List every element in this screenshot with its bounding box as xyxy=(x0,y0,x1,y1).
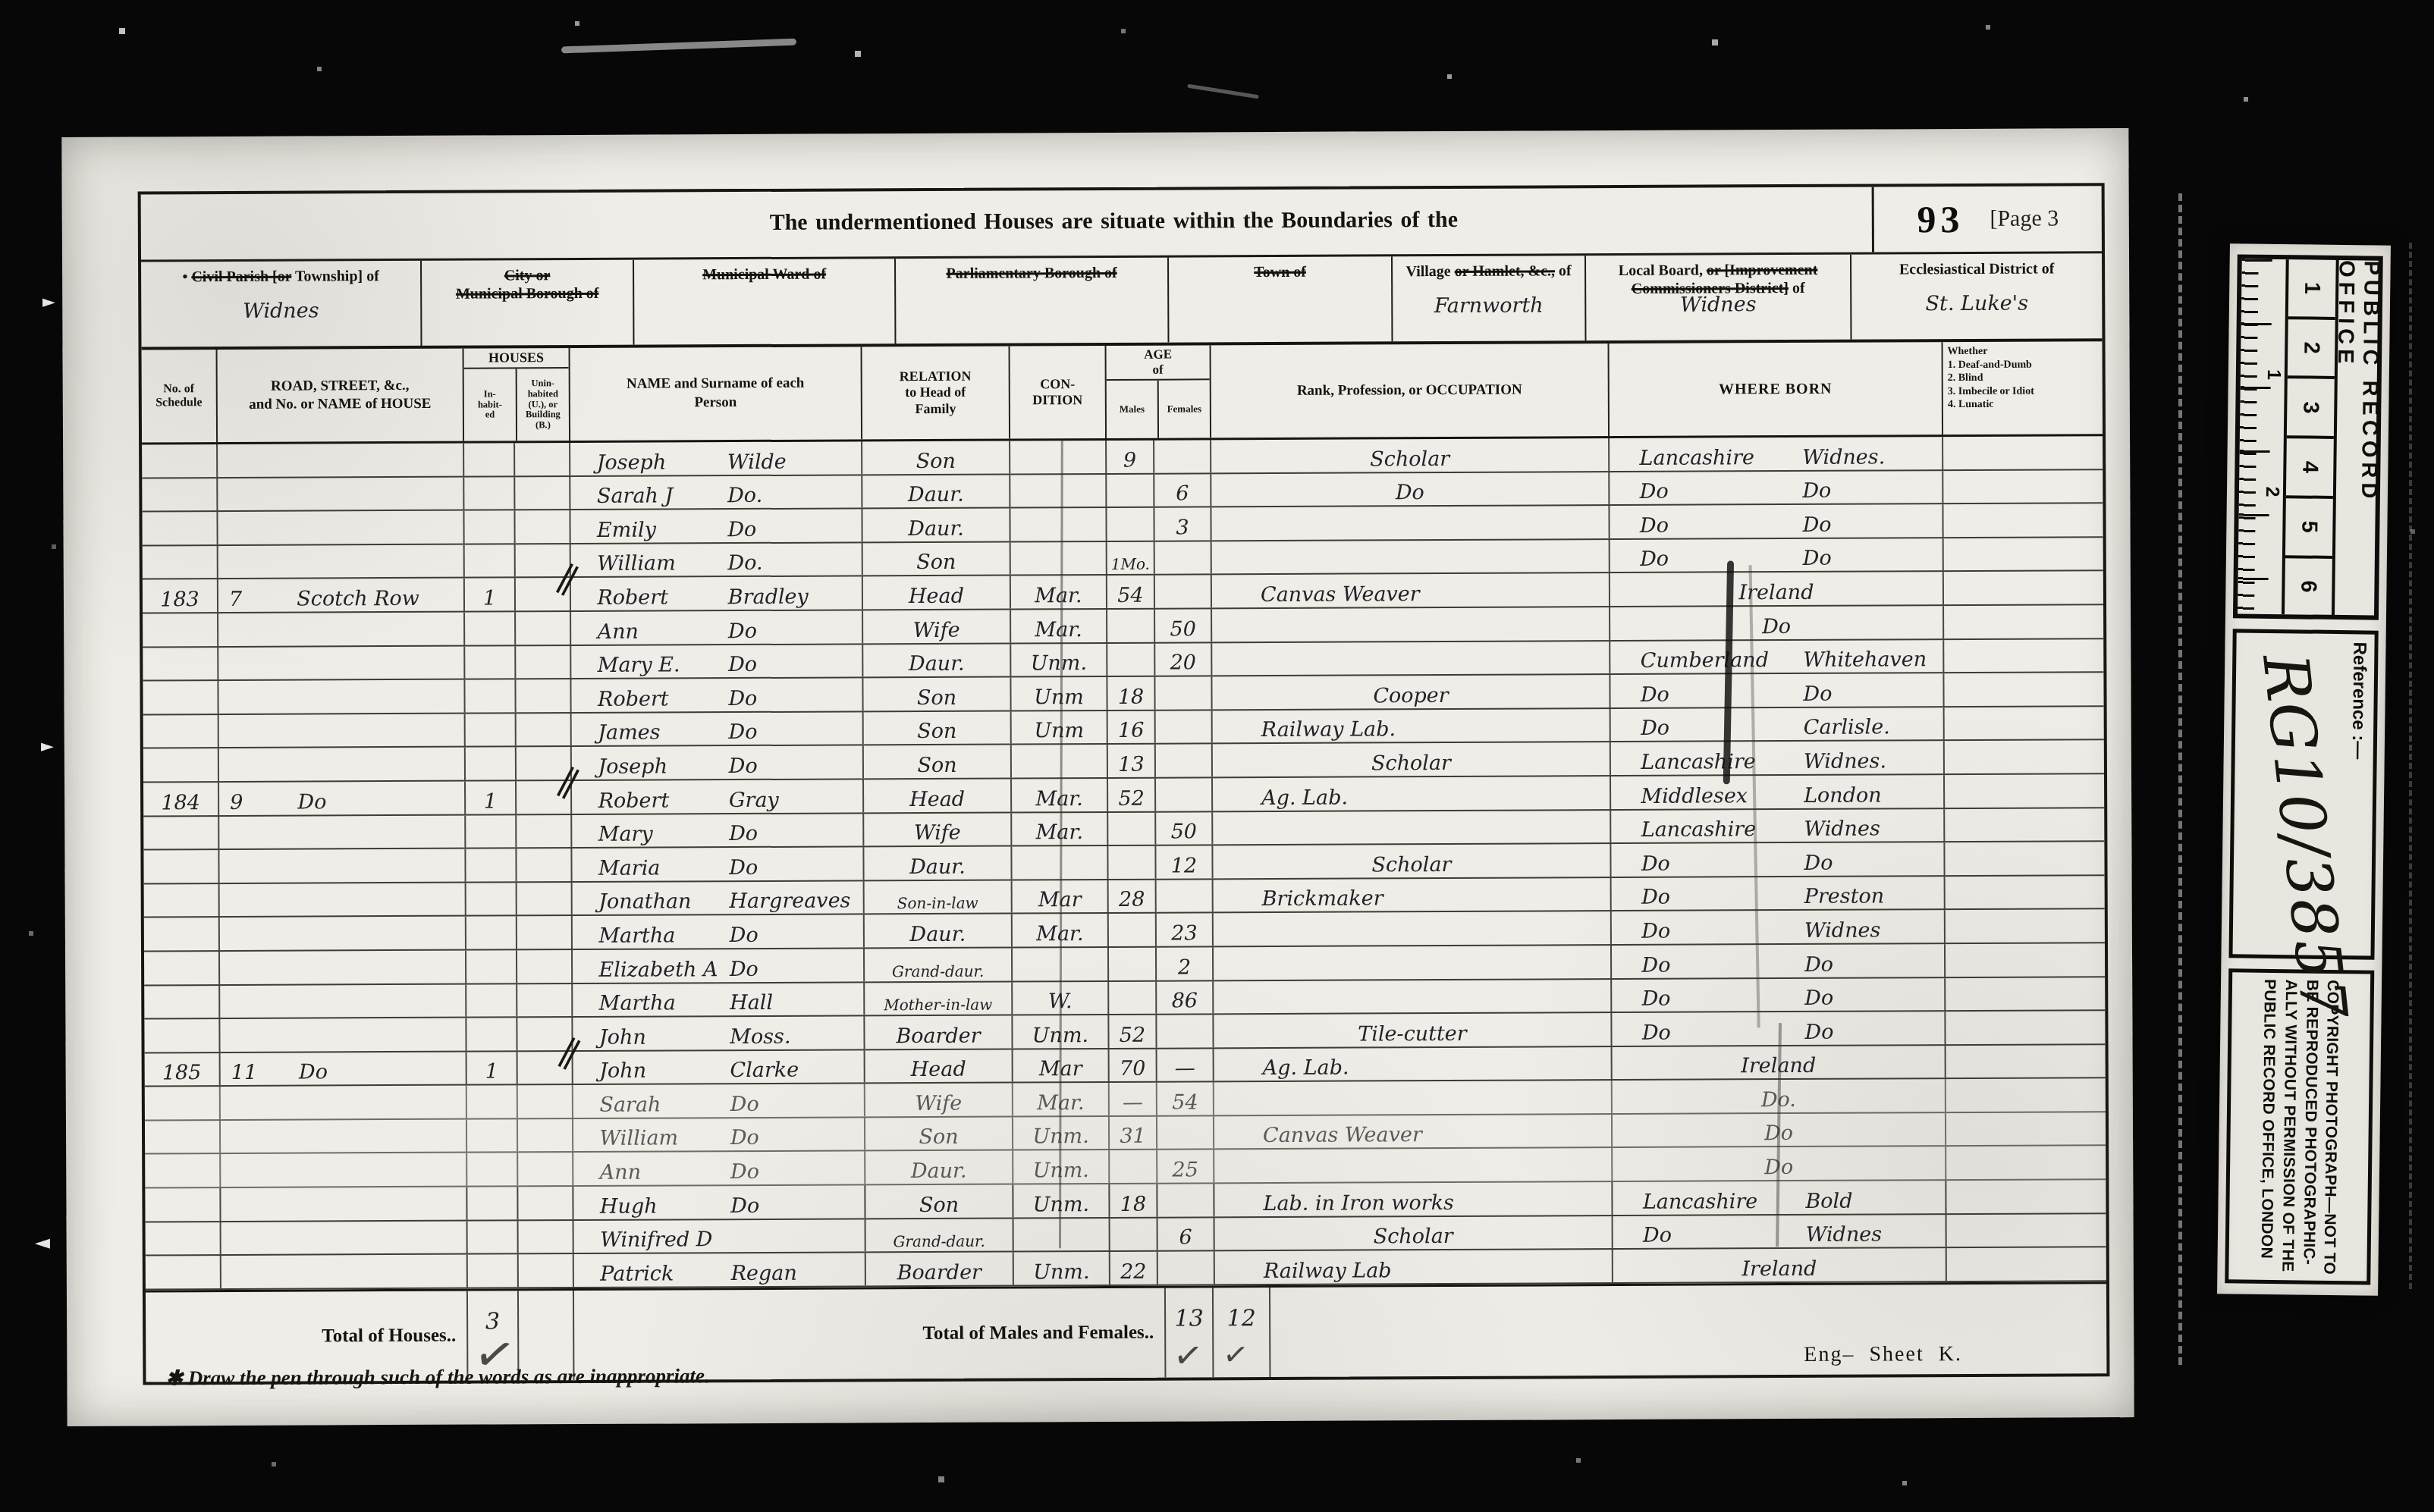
cell-uninh xyxy=(517,984,573,1017)
handwritten-entry: Daur. xyxy=(863,654,1010,675)
cell-addr: 11Do xyxy=(221,1052,467,1085)
cell-f xyxy=(1156,711,1213,743)
district-label: • Civil Parish [or Township] of xyxy=(141,267,420,287)
handwritten-entry: Gray xyxy=(729,789,779,810)
cell-name: JonathanHargreaves xyxy=(573,881,865,914)
district-label: City orMunicipal Borough of xyxy=(422,266,633,303)
handwritten-entry: Do xyxy=(1804,852,1833,873)
cell-occ: Do xyxy=(1211,472,1610,507)
cell-m: 18 xyxy=(1110,1184,1157,1217)
handwritten-entry: Martha xyxy=(598,925,675,946)
cell-born: DoDo xyxy=(1612,944,1946,978)
cell-addr xyxy=(218,544,465,578)
cell-addr xyxy=(220,951,466,984)
handwritten-entry: James xyxy=(598,723,660,743)
handwritten-entry: Mary E. xyxy=(598,655,680,676)
cell-dis xyxy=(1947,1214,2106,1247)
handwritten-entry: 1 xyxy=(466,791,515,811)
district-cell-7: Ecclesiastical District ofSt. Luke's xyxy=(1851,253,2102,339)
handwritten-entry: 2 xyxy=(1157,957,1212,977)
handwritten-entry: 185 xyxy=(145,1062,219,1083)
cell-m: 18 xyxy=(1107,677,1155,710)
handwritten-entry: Mar xyxy=(1013,889,1107,911)
cell-f xyxy=(1154,440,1211,472)
cell-rel: Boarder xyxy=(865,1016,1013,1049)
cell-name: JamesDo xyxy=(572,712,864,745)
cell-born: DoDo xyxy=(1610,504,1943,538)
handwritten-entry: Do xyxy=(1804,684,1833,704)
cell-rel: Son xyxy=(864,745,1012,778)
handwritten-entry: 70 xyxy=(1110,1059,1156,1079)
handwritten-entry: Joseph xyxy=(597,452,667,472)
cell-addr xyxy=(219,815,466,849)
handwritten-entry: Head xyxy=(865,1059,1012,1081)
district-label: Ecclesiastical District of xyxy=(1851,259,2102,278)
handwritten-entry: Do xyxy=(1641,887,1670,908)
cell-dis xyxy=(1944,572,2103,605)
district-label-segment: of xyxy=(1555,262,1572,279)
cell-rel: Son xyxy=(863,542,1011,575)
handwritten-entry: Hugh xyxy=(600,1196,658,1216)
film-scratch xyxy=(1187,84,1259,99)
handwritten-entry: Boarder xyxy=(865,1025,1011,1046)
handwritten-entry: Do xyxy=(730,1162,759,1182)
handwritten-entry: — xyxy=(1157,1059,1213,1079)
handwritten-entry: Do xyxy=(727,519,756,540)
cell-cond: Mar. xyxy=(1013,1083,1110,1115)
cell-dis xyxy=(1946,977,2105,1011)
cell-f: 86 xyxy=(1157,981,1214,1014)
district-label: Municipal Ward of xyxy=(634,265,894,284)
cell-cond: Unm. xyxy=(1013,1015,1109,1048)
handwritten-entry: Do xyxy=(299,1062,328,1083)
handwritten-entry: William xyxy=(599,1128,678,1149)
handwritten-entry: Widnes xyxy=(1806,1225,1883,1245)
handwritten-entry: Lancashire xyxy=(1643,1191,1758,1212)
handwritten-entry: 22 xyxy=(1110,1262,1157,1282)
handwritten-entry: Mary xyxy=(598,824,653,845)
cell-rel: Son xyxy=(863,678,1011,711)
handwritten-entry: Mar. xyxy=(1012,822,1107,843)
page-number-label: [Page 3 xyxy=(1990,205,2059,231)
handwritten-entry: Do xyxy=(1613,1156,1945,1178)
cell-cond: Mar. xyxy=(1012,779,1108,811)
cell-inh: 1 xyxy=(467,1052,518,1084)
cell-dis xyxy=(1946,943,2105,977)
cell-name: Sarah JDo. xyxy=(570,475,862,509)
col-header-age: AGE of Males Females xyxy=(1107,345,1212,438)
district-label: Parliamentary Borough of xyxy=(896,264,1167,284)
cell-born: LancashireWidnes. xyxy=(1611,741,1945,775)
cell-occ xyxy=(1212,642,1610,676)
cell-addr xyxy=(218,613,465,646)
cell-born: DoDo xyxy=(1610,673,1944,707)
copyright-line: COPYRIGHT PHOTOGRAPH—NOT TO xyxy=(2319,980,2343,1275)
cell-inh xyxy=(467,1086,518,1118)
cell-m xyxy=(1107,610,1155,642)
ruler-cm-cell: 3 xyxy=(2287,379,2335,439)
handwritten-entry: 9 xyxy=(230,792,243,812)
handwritten-entry: Wilde xyxy=(727,451,787,472)
handwritten-entry: London xyxy=(1804,785,1882,805)
handwritten-entry: Widnes. xyxy=(1804,751,1886,771)
handwritten-entry: Mar. xyxy=(1011,620,1106,641)
pro-title: PUBLIC RECORD OFFICE xyxy=(2332,260,2379,616)
cell-occ: Lab. in Iron works xyxy=(1214,1182,1613,1216)
cell-occ: Scholar xyxy=(1215,1216,1613,1250)
cell-rel: Grand-daur. xyxy=(865,948,1013,980)
cell-addr xyxy=(218,680,465,714)
cell-m xyxy=(1107,643,1155,676)
cell-occ: Canvas Weaver xyxy=(1214,1115,1613,1149)
cell-uninh xyxy=(515,443,570,475)
cell-cond xyxy=(1012,745,1108,777)
handwritten-entry: Do xyxy=(1641,921,1670,942)
film-edge-dashes xyxy=(2409,243,2412,1289)
handwritten-entry: Ireland xyxy=(1610,582,1942,604)
district-label-segment: Parliamentary Borough of xyxy=(946,265,1116,282)
handwritten-entry: Carlisle. xyxy=(1804,717,1890,738)
cell-m: 31 xyxy=(1110,1117,1157,1150)
cell-m xyxy=(1109,981,1157,1014)
handwritten-entry: Do xyxy=(1642,1022,1671,1043)
cell-born: CumberlandWhitehaven xyxy=(1610,640,1944,674)
ruler-inch-label: 2 xyxy=(2261,486,2283,497)
handwritten-entry: Unm. xyxy=(1013,1194,1108,1216)
handwritten-entry: Lancashire xyxy=(1641,751,1756,773)
check-mark: ✓ xyxy=(1171,1333,1205,1378)
cell-rel: Grand-daur. xyxy=(866,1219,1014,1251)
handwritten-entry: Scholar xyxy=(1213,752,1610,774)
cell-sched xyxy=(146,1222,221,1255)
cell-name: MaryDo xyxy=(572,814,864,847)
handwritten-entry: 50 xyxy=(1156,821,1211,842)
cell-name: JosephWilde xyxy=(570,441,862,475)
handwritten-entry: Do xyxy=(1640,482,1669,502)
handwritten-entry: Widnes xyxy=(243,299,319,322)
handwritten-entry: Do xyxy=(730,1094,759,1115)
cell-occ xyxy=(1214,1149,1613,1183)
handwritten-entry: Jonathan xyxy=(598,892,691,913)
district-label-segment: Town of xyxy=(1254,264,1306,281)
cell-cond: Unm. xyxy=(1011,644,1107,676)
cell-m xyxy=(1107,474,1154,507)
col-header-name: NAME and Surname of each Person xyxy=(570,347,863,441)
cell-inh xyxy=(464,511,515,544)
cell-m: — xyxy=(1110,1083,1157,1115)
ruler-cm-cell: 1 xyxy=(2288,259,2336,319)
handwritten-entry: Do xyxy=(1804,988,1833,1009)
cell-dis xyxy=(1944,639,2103,673)
folio-box: 93 [Page 3 xyxy=(1872,186,2102,252)
cell-name: WilliamDo. xyxy=(571,543,863,576)
cell-occ: Cooper xyxy=(1212,675,1610,709)
district-label: Town of xyxy=(1169,262,1391,281)
cell-uninh xyxy=(517,950,573,983)
cell-uninh xyxy=(518,1187,573,1219)
cell-sched xyxy=(143,546,218,579)
cell-addr xyxy=(221,1255,468,1288)
handwritten-entry: W. xyxy=(1013,991,1107,1012)
handwritten-entry: Canvas Weaver xyxy=(1263,1125,1422,1147)
cell-dis xyxy=(1943,436,2103,469)
cell-dis xyxy=(1944,605,2103,638)
handwritten-entry: 7 xyxy=(229,589,242,610)
district-label-segment: Ecclesiastical District of xyxy=(1899,260,2054,278)
cell-cond: Unm. xyxy=(1013,1184,1110,1217)
cell-dis xyxy=(1946,1078,2106,1112)
total-females-value: 12 ✓ xyxy=(1214,1288,1271,1377)
cell-cond: Mar xyxy=(1013,1049,1110,1082)
houses-group-label: HOUSES xyxy=(464,348,569,369)
handwritten-entry: 54 xyxy=(1107,585,1154,606)
cell-born: LancashireWidnes xyxy=(1611,809,1945,843)
cell-uninh xyxy=(517,916,573,949)
cell-cond xyxy=(1010,508,1107,541)
handwritten-entry: Do xyxy=(730,958,758,979)
cell-dis xyxy=(1946,1011,2105,1044)
cell-f: 50 xyxy=(1156,812,1213,845)
footnote: ✱ Draw the pen through such of the words… xyxy=(165,1364,709,1390)
col-header-condition: CON- DITION xyxy=(1010,346,1107,439)
handwritten-entry: Scholar xyxy=(1213,854,1610,876)
handwritten-entry: Do xyxy=(730,1196,759,1216)
cell-m: 9 xyxy=(1107,441,1154,473)
handwritten-entry: Elizabeth A xyxy=(599,959,718,980)
reference-label: Reference :— xyxy=(2348,642,2370,759)
cell-inh xyxy=(466,950,517,983)
cell-name: EmilyDo xyxy=(570,510,862,543)
cell-cond: Mar xyxy=(1013,880,1109,913)
cell-rel: Wife xyxy=(863,610,1011,642)
cell-sched xyxy=(143,613,218,646)
handwritten-entry: — xyxy=(1110,1093,1156,1113)
cell-rel: Son xyxy=(865,1185,1013,1218)
handwritten-entry: 52 xyxy=(1108,788,1154,808)
cell-addr: 9Do xyxy=(219,782,466,815)
ruler-ticks: 1 2 xyxy=(2238,259,2289,614)
handwritten-entry: Mar. xyxy=(1011,585,1106,607)
cell-sched xyxy=(144,884,220,917)
cell-addr xyxy=(221,1221,468,1254)
handwritten-entry: Do. xyxy=(728,553,763,573)
cell-cond: Unm. xyxy=(1013,1117,1110,1150)
cell-f xyxy=(1155,676,1212,709)
film-arrow-mark: ► xyxy=(42,293,55,312)
handwritten-entry: Hall xyxy=(730,993,773,1013)
handwritten-entry: Railway Lab xyxy=(1264,1260,1392,1281)
cell-name: Elizabeth ADo xyxy=(573,949,865,982)
cell-m: 28 xyxy=(1109,880,1157,912)
handwritten-entry: Do xyxy=(1802,481,1831,501)
cell-name: AnnDo xyxy=(573,1152,865,1185)
cell-born: Do xyxy=(1610,606,1944,640)
cell-inh xyxy=(468,1221,519,1253)
handwritten-entry: 3 xyxy=(1155,517,1211,538)
cell-occ: Scholar xyxy=(1211,438,1610,472)
handwritten-entry: 9 xyxy=(1107,450,1153,470)
cell-rel: Wife xyxy=(864,813,1012,845)
cell-addr xyxy=(218,646,465,679)
cell-cond: Mar. xyxy=(1011,610,1107,642)
ruler-inch-label: 1 xyxy=(2263,369,2285,380)
cell-sched xyxy=(145,1155,221,1187)
cell-occ xyxy=(1214,911,1612,946)
handwritten-entry: 1 xyxy=(465,588,514,608)
handwritten-entry: Martha xyxy=(599,993,676,1014)
column-headers: No. of Schedule ROAD, STREET, &c., and N… xyxy=(142,341,2103,444)
cell-born: MiddlesexLondon xyxy=(1611,775,1945,809)
handwritten-entry: Do xyxy=(1803,515,1832,535)
cell-m xyxy=(1107,508,1154,541)
cell-m xyxy=(1108,812,1156,845)
cell-rel: Son xyxy=(862,441,1010,473)
handwritten-entry: Widnes. xyxy=(1802,447,1885,467)
cell-name: Winifred D xyxy=(574,1219,866,1253)
handwritten-entry: John xyxy=(599,1027,646,1047)
district-label-segment: City or xyxy=(504,267,551,284)
handwritten-entry: 25 xyxy=(1157,1159,1213,1180)
handwritten-entry: Unm. xyxy=(1013,1025,1107,1046)
cell-m xyxy=(1108,846,1156,879)
cell-rel: Head xyxy=(865,1049,1013,1082)
cell-m: 16 xyxy=(1108,711,1156,743)
cell-sched xyxy=(143,850,219,883)
cell-occ xyxy=(1214,1081,1613,1115)
handwritten-entry: Son xyxy=(864,721,1010,742)
cell-uninh xyxy=(517,883,573,915)
cell-uninh xyxy=(515,510,570,543)
handwritten-entry: Unm. xyxy=(1011,653,1106,674)
cell-occ: Tile-cutter xyxy=(1214,1013,1612,1047)
cell-occ xyxy=(1211,506,1610,540)
handwritten-entry: Do xyxy=(1640,549,1669,569)
cell-f: 50 xyxy=(1155,609,1212,642)
cell-f: — xyxy=(1157,1049,1214,1081)
handwritten-entry: Son xyxy=(863,552,1010,573)
handwritten-entry: Head xyxy=(863,585,1010,607)
cell-born: Ireland xyxy=(1610,572,1944,607)
ruler-cm-cell: 2 xyxy=(2288,319,2335,379)
col-header-inhabited: In- habit- ed xyxy=(464,369,517,441)
copyright-line: BE REPRODUCED PHOTOGRAPHIC- xyxy=(2297,980,2322,1275)
cell-born: LancashireBold xyxy=(1613,1181,1946,1215)
cell-m: 70 xyxy=(1110,1049,1157,1081)
cell-rel: Daur. xyxy=(865,914,1013,947)
handwritten-entry: Ag. Lab. xyxy=(1263,1058,1349,1078)
ruler-cm-cell: 5 xyxy=(2285,498,2333,558)
cell-name: ∥RobertBradley xyxy=(571,577,863,610)
handwritten-entry: Mar. xyxy=(1013,1093,1108,1114)
handwritten-entry: Winifred D xyxy=(600,1229,712,1250)
handwritten-entry: Robert xyxy=(598,689,669,709)
col-header-uninhabited: Unin- habited (U.), or Building (B.) xyxy=(517,369,569,441)
handwritten-entry: Do xyxy=(1610,616,1942,638)
cell-sched xyxy=(144,952,220,984)
handwritten-entry: William xyxy=(597,554,676,574)
cell-m: 52 xyxy=(1108,779,1156,811)
handwritten-entry: Unm. xyxy=(1014,1262,1109,1283)
cell-name: MarthaHall xyxy=(573,983,865,1016)
cell-sched: 185 xyxy=(145,1053,221,1086)
handwritten-entry: Do xyxy=(728,689,757,709)
cell-inh xyxy=(464,477,515,510)
cell-f xyxy=(1157,1116,1214,1149)
cell-f: 20 xyxy=(1155,643,1212,676)
cell-f: 3 xyxy=(1154,508,1211,541)
film-specks xyxy=(0,0,2,2)
cell-addr xyxy=(219,748,466,781)
cell-rel: Son xyxy=(864,711,1012,744)
check-mark: ✓ xyxy=(1220,1336,1250,1374)
handwritten-entry: 184 xyxy=(143,792,218,813)
page-title: The undermentioned Houses are situate wi… xyxy=(361,205,1867,238)
cell-born: DoDo xyxy=(1612,978,1946,1012)
handwritten-entry: 1Mo. xyxy=(1107,557,1154,572)
handwritten-entry: Lab. in Iron works xyxy=(1263,1193,1453,1214)
cell-dis xyxy=(1944,538,2103,571)
cell-name: WilliamDo xyxy=(573,1118,865,1151)
cell-name: ∥JohnClarke xyxy=(573,1050,865,1084)
district-label-segment: Township] of xyxy=(291,268,379,285)
handwritten-entry: Do xyxy=(1803,548,1832,569)
district-cell-0: • Civil Parish [or Township] ofWidnes xyxy=(141,261,422,347)
cell-sched xyxy=(142,512,218,544)
total-males-value: 13 ✓ xyxy=(1166,1288,1214,1377)
ruler-cm-cell: 4 xyxy=(2286,438,2334,498)
district-label-segment: Village xyxy=(1405,263,1454,280)
cell-addr xyxy=(220,1018,466,1052)
cell-inh xyxy=(467,1187,518,1219)
cell-uninh xyxy=(518,1153,573,1185)
cell-f xyxy=(1157,880,1214,912)
cell-sched: 183 xyxy=(143,579,218,612)
handwritten-entry: 13 xyxy=(1108,754,1154,775)
handwritten-entry: Son xyxy=(865,1194,1012,1216)
cell-rel: Son-in-law xyxy=(865,880,1013,913)
handwritten-entry: Do xyxy=(729,823,758,844)
cell-born: DoDo xyxy=(1612,1012,1946,1046)
cell-uninh xyxy=(518,1085,573,1118)
cell-f xyxy=(1155,576,1212,608)
cell-dis xyxy=(1945,741,2104,774)
handwritten-entry: Do. xyxy=(727,485,762,506)
folio-number: 93 xyxy=(1917,197,1964,241)
cell-sched xyxy=(143,681,218,714)
cell-born: DoDo xyxy=(1610,471,1943,505)
cell-dis xyxy=(1946,1180,2106,1213)
cell-sched xyxy=(142,478,218,511)
totals-empty xyxy=(1270,1284,2107,1377)
handwritten-entry: Brickmaker xyxy=(1262,889,1383,910)
census-page: The undermentioned Houses are situate wi… xyxy=(61,128,2134,1426)
cell-addr xyxy=(218,444,464,477)
cell-occ: Ag. Lab. xyxy=(1213,776,1611,811)
handwritten-entry: 18 xyxy=(1107,686,1154,707)
handwritten-entry: Railway Lab. xyxy=(1261,720,1396,741)
handwritten-entry: Widnes xyxy=(1804,920,1881,940)
cell-cond: Mar. xyxy=(1013,914,1109,946)
cell-sched xyxy=(143,748,219,781)
handwritten-entry: Son-in-law xyxy=(865,896,1011,911)
cell-name: PatrickRegan xyxy=(574,1253,866,1287)
cell-cond: Unm xyxy=(1012,711,1108,744)
handwritten-entry: 31 xyxy=(1110,1126,1156,1147)
cell-name: ∥RobertGray xyxy=(572,780,864,813)
cell-rel: Wife xyxy=(865,1084,1013,1116)
cell-born: DoWidnes xyxy=(1613,1215,1947,1249)
cell-name: RobertDo xyxy=(571,679,863,712)
